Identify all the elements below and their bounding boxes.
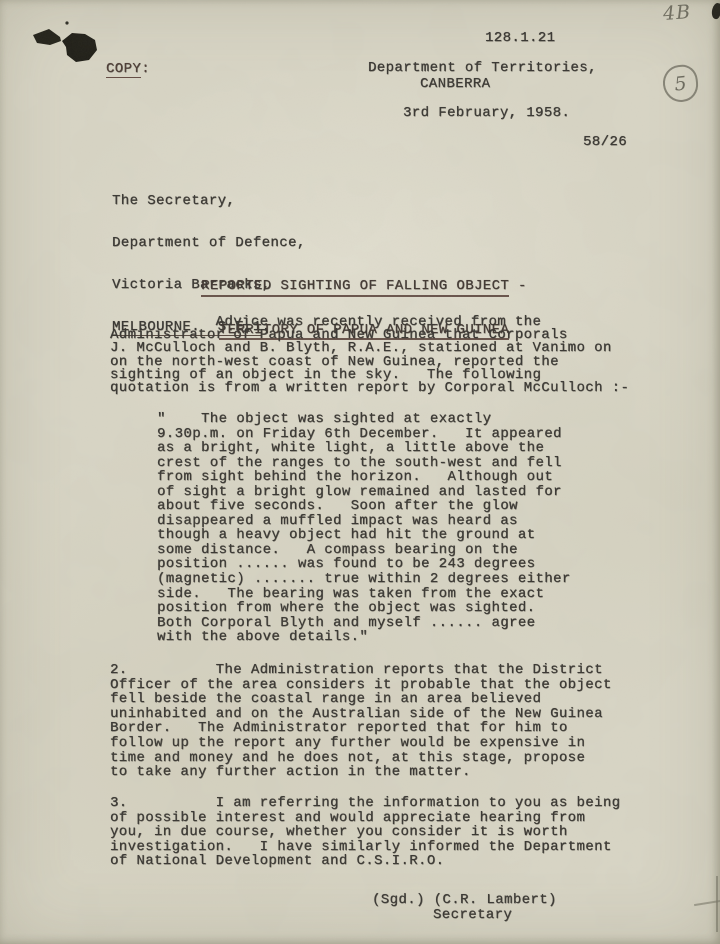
- signatory-title: Secretary: [433, 908, 512, 923]
- signature-line: (Sgd.) (C.R. Lambert): [372, 893, 557, 908]
- circled-page-number: 5: [661, 63, 700, 103]
- file-number: 128.1.21: [485, 31, 555, 46]
- letterhead-city: CANBERRA: [420, 77, 490, 92]
- recipient-line: The Secretary,: [112, 194, 306, 208]
- subject-line-1: REPORTED SIGHTING OF FALLING OBJECT -: [110, 279, 618, 294]
- subject-line-1-dash: -: [509, 278, 527, 294]
- letterhead-department: Department of Territories,: [368, 61, 597, 76]
- copy-stamp: COPY:: [106, 62, 150, 77]
- subject-line-1-text: REPORTED SIGHTING OF FALLING OBJECT: [201, 278, 509, 297]
- paragraph-1: Advice was recently received from the Ad…: [110, 316, 629, 395]
- corner-ink-mark: [710, 2, 720, 20]
- pencil-edge-mark-vertical: [716, 876, 718, 932]
- ink-blot-marks: [0, 0, 120, 80]
- copy-stamp-colon: :: [141, 61, 150, 77]
- quoted-corporal-report: " The object was sighted at exactly 9.30…: [157, 412, 571, 645]
- recipient-line: Department of Defence,: [112, 236, 306, 250]
- paragraph-2: 2. The Administration reports that the D…: [110, 663, 612, 780]
- paragraph-3: 3. I am referring the information to you…: [110, 796, 620, 869]
- copy-stamp-label: COPY: [106, 61, 141, 78]
- document-page: 4B 5 COPY: 128.1.21 Department of Territ…: [0, 0, 720, 944]
- handwritten-folio-code: 4B: [662, 1, 692, 25]
- circled-page-number-text: 5: [673, 72, 687, 95]
- letter-date: 3rd February, 1958.: [403, 106, 570, 121]
- reference-number: 58/26: [583, 135, 627, 150]
